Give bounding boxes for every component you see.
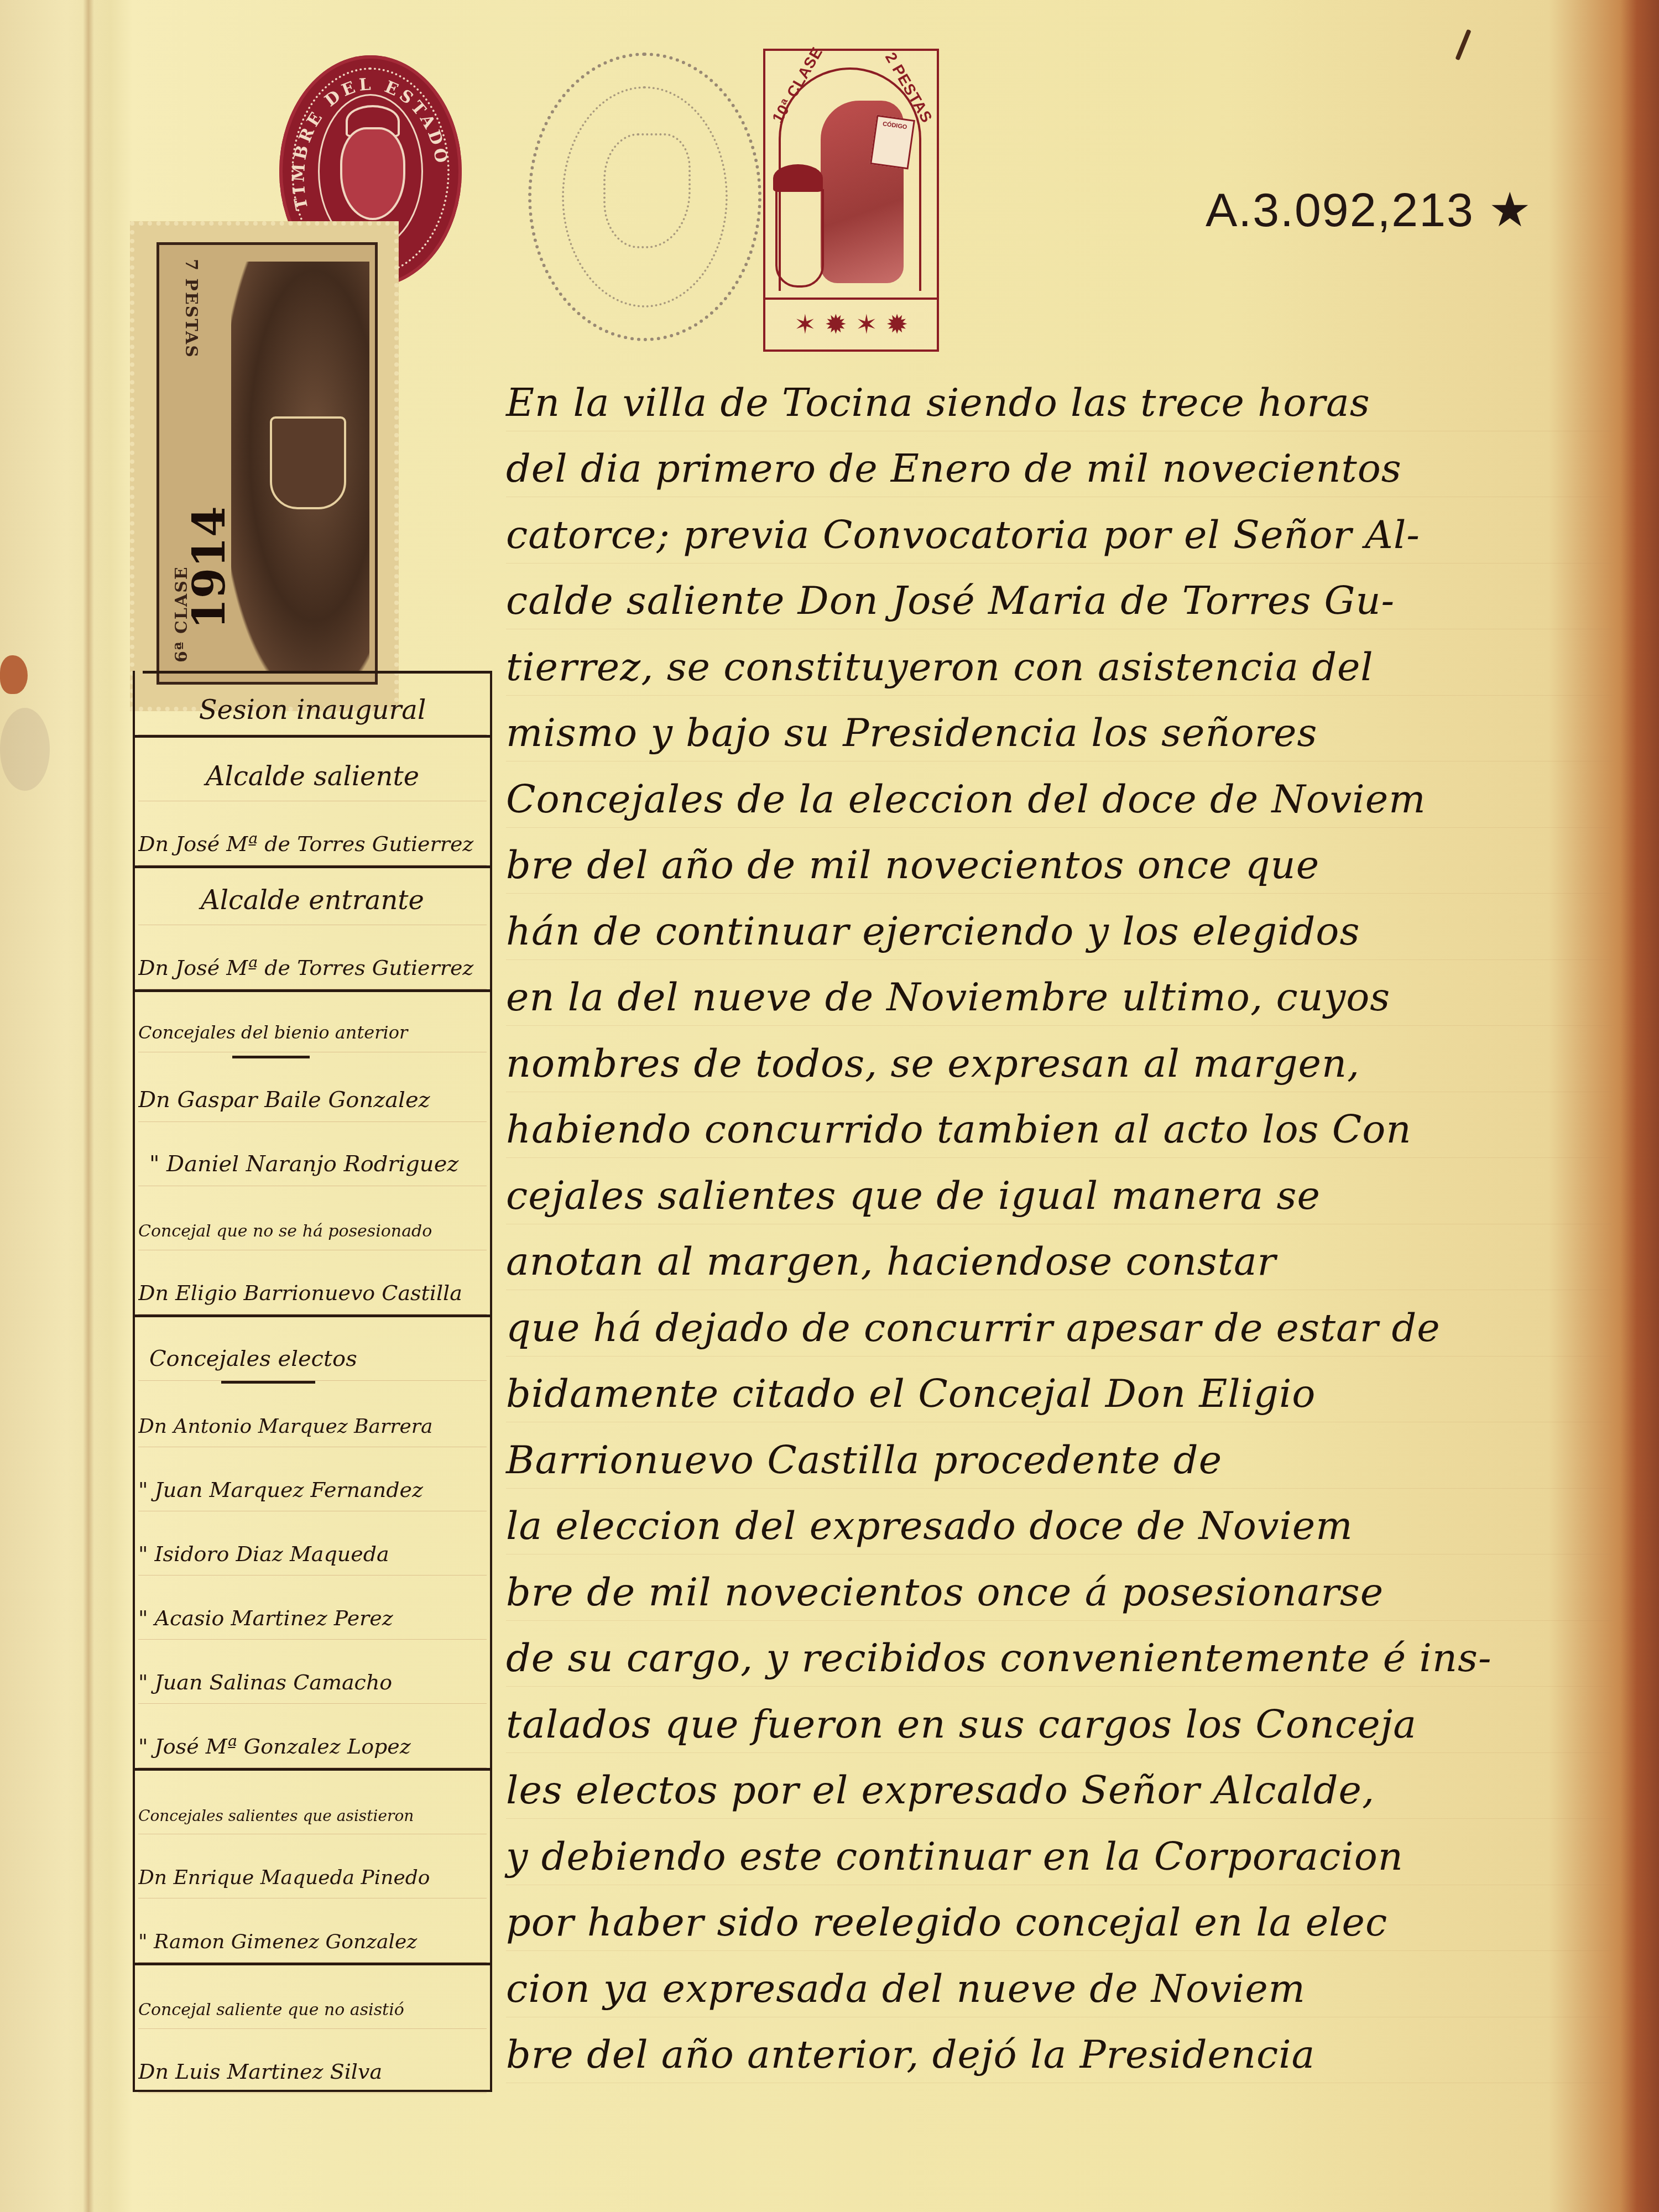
margin-attendance-table: Sesion inaugural Alcalde saliente Dn Jos…: [133, 671, 492, 2092]
text-line: la eleccion del expresado doce de Noviem: [506, 1489, 1612, 1555]
text-line: cion ya expresada del nueve de Noviem: [506, 1951, 1612, 2017]
text-line: de su cargo, y recibidos convenientement…: [506, 1621, 1612, 1687]
text-line: Concejales de la eleccion del doce de No…: [506, 761, 1612, 828]
text-line: bre de mil novecientos once á posesionar…: [506, 1554, 1612, 1621]
list-item: " Juan Salinas Camacho: [138, 1640, 487, 1704]
text-line: en la del nueve de Noviembre ultimo, cuy…: [506, 960, 1612, 1026]
crown-icon: [773, 164, 823, 192]
section-heading: Concejales del bienio anterior: [138, 992, 487, 1052]
stamp-cancellation-year: 1914: [187, 336, 220, 629]
coat-of-arms-icon: [270, 416, 346, 509]
municipal-ink-stamp: [528, 53, 761, 341]
list-item: " Daniel Naranjo Rodriguez: [138, 1122, 487, 1186]
section-heading: Concejales electos: [138, 1317, 487, 1381]
shield-icon: [775, 189, 824, 288]
table-border-left: [133, 671, 135, 2092]
ornament-band: ✶ ✹ ✶ ✹: [765, 298, 937, 349]
section-subheading: Concejal que no se há posesionado: [138, 1186, 487, 1250]
water-stain: [0, 708, 50, 791]
text-line: bre del año de mil novecientos once que: [506, 828, 1612, 894]
text-line: talados que fueron en sus cargos los Con…: [506, 1687, 1612, 1753]
list-item: Dn Luis Martinez Silva: [138, 2029, 487, 2093]
list-item: " Ramon Gimenez Gonzalez: [138, 1898, 487, 1963]
text-line: bre del año anterior, dejó la Presidenci…: [506, 2017, 1612, 2084]
page-fold-shadow: [83, 0, 94, 2212]
list-item: Dn José Mª de Torres Gutierrez: [138, 801, 487, 865]
text-line: y debiendo este continuar en la Corporac…: [506, 1819, 1612, 1885]
sheet-serial-number: A.3.092,213 ★: [1206, 182, 1532, 238]
revenue-stamp-clase-10: 10ª CLASE 2 PESTAS CÓDIGO ✶ ✹ ✶ ✹: [763, 49, 939, 352]
section-heading: Concejales salientes que asistieron: [138, 1770, 487, 1834]
text-line: hán de continuar ejerciendo y los elegid…: [506, 894, 1612, 960]
text-line: que há dejado de concurrir apesar de est…: [506, 1290, 1612, 1357]
text-line: nombres de todos, se expresan al margen,: [506, 1026, 1612, 1092]
list-item: " José Mª Gonzalez Lopez: [138, 1704, 487, 1768]
text-line: cejales salientes que de igual manera se: [506, 1158, 1612, 1224]
margin-title: Sesion inaugural: [138, 671, 487, 735]
list-item: Dn Gaspar Baile Gonzalez: [138, 1058, 487, 1122]
text-line: mismo y bajo su Presidencia los señores: [506, 696, 1612, 762]
list-item: " Juan Marquez Fernandez: [138, 1447, 487, 1511]
text-line: por haber sido reelegido concejal en la …: [506, 1885, 1612, 1952]
list-item: " Acasio Martinez Perez: [138, 1575, 487, 1640]
list-item: Dn Eligio Barrionuevo Castilla: [138, 1250, 487, 1314]
folio-number-mark: [1455, 29, 1471, 61]
ink-stamp-emblem-icon: [603, 133, 691, 248]
svg-text:TIMBRE DEL ESTADO: TIMBRE DEL ESTADO: [289, 75, 451, 212]
text-line: les electos por el expresado Señor Alcal…: [506, 1753, 1612, 1819]
list-item: Dn Antonio Marquez Barrera: [138, 1383, 487, 1447]
section-heading: Alcalde saliente: [138, 737, 487, 801]
codigo-book-icon: CÓDIGO: [870, 115, 915, 170]
list-item: " Isidoro Diaz Maqueda: [138, 1511, 487, 1575]
list-item: Dn Enrique Maqueda Pinedo: [138, 1834, 487, 1898]
minutes-body-text: En la villa de Tocina siendo las trece h…: [506, 365, 1612, 2083]
text-line: En la villa de Tocina siendo las trece h…: [506, 365, 1612, 431]
text-line: del dia primero de Enero de mil novecien…: [506, 431, 1612, 498]
text-line: Barrionuevo Castilla procedente de: [506, 1422, 1612, 1489]
table-border-right: [490, 671, 492, 2092]
section-heading: Concejal saliente que no asistió: [138, 1965, 487, 2029]
revenue-stamp-clase-6: 7 PESTAS 6ª CLASE 1914: [130, 221, 399, 711]
text-line: habiendo concurrido tambien al acto los …: [506, 1092, 1612, 1159]
text-line: anotan al margen, haciendose constar: [506, 1224, 1612, 1291]
section-heading: Alcalde entrante: [138, 868, 487, 925]
rust-stain: [0, 655, 28, 694]
text-line: bidamente citado el Concejal Don Eligio: [506, 1357, 1612, 1423]
list-item: Dn José Mª de Torres Gutierrez: [138, 925, 487, 989]
text-line: tierrez, se constituyeron con asistencia…: [506, 629, 1612, 696]
text-line: catorce; previa Convocatoria por el Seño…: [506, 497, 1612, 564]
text-line: calde saliente Don José Maria de Torres …: [506, 564, 1612, 630]
